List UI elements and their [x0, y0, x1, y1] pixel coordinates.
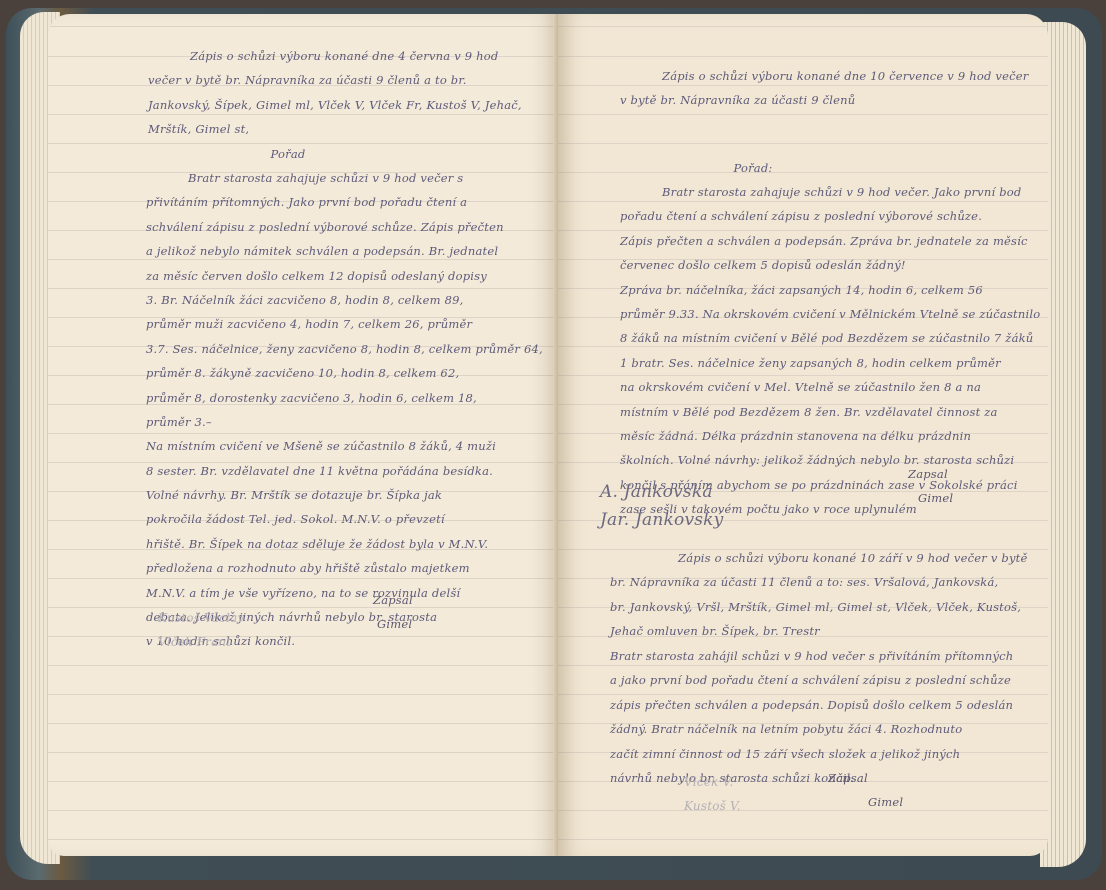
- right-page: Zápis o schůzi výboru konané dne 10 červ…: [558, 14, 1048, 856]
- text-line: Jehač omluven br. Šípek, br. Trestr: [610, 619, 1027, 643]
- wrote-label: Zapsal: [373, 588, 413, 612]
- text-line: Zápis o schůzi výboru konané dne 4 červn…: [148, 44, 522, 68]
- text-line: hřiště. Br. Šípek na dotaz sděluje že žá…: [146, 532, 543, 556]
- verifier-signature: Kustoš Václav: [158, 606, 244, 630]
- verifier-signature: Vlček Frant: [158, 630, 244, 654]
- text-line: návrhů nebylo br. starosta schůzi končil…: [610, 766, 1013, 790]
- text-line: M.N.V. a tím je vše vyřízeno, na to se r…: [146, 581, 543, 605]
- text-line: pořadu čtení a schválení zápisu z posled…: [620, 204, 1040, 228]
- text-line: a jelikož nebylo námitek schválen a pode…: [146, 239, 543, 263]
- text-line: měsíc žádná. Délka prázdnin stanovena na…: [620, 424, 1040, 448]
- text-line: zápis přečten schválen a podepsán. Dopis…: [610, 693, 1013, 717]
- right-entry-2-intro: Zápis o schůzi výboru konané 10 září v 9…: [610, 546, 1027, 644]
- text-line: schválení zápisu z poslední výborové sch…: [146, 215, 543, 239]
- text-line: br. Jankovský, Vršl, Mrštík, Gimel ml, G…: [610, 595, 1027, 619]
- text-line: Bratr starosta zahajuje schůzi v 9 hod v…: [620, 180, 1040, 204]
- text-line: předložena a rozhodnuto aby hřiště zůsta…: [146, 556, 543, 580]
- text-line: večer v bytě br. Nápravníka za účasti 9 …: [148, 68, 522, 92]
- text-line: br. Nápravníka za účasti 11 členů a to: …: [610, 570, 1027, 594]
- text-line: Mrštík, Gimel st,: [148, 117, 522, 141]
- text-line: Bratr starosta zahajuje schůzi v 9 hod v…: [146, 166, 543, 190]
- right-signature-block-2: Zapsal Gimel: [828, 766, 903, 815]
- text-line: Zpráva br. náčelníka, žáci zapsaných 14,…: [620, 278, 1040, 302]
- wrote-label: Zapsal: [828, 766, 903, 790]
- text-line: červenec došlo celkem 5 dopisů odeslán ž…: [620, 253, 1040, 277]
- text-line: 8 žáků na místním cvičení v Bělé pod Bez…: [620, 326, 1040, 350]
- verifier-signature: Kustoš V.: [684, 794, 741, 818]
- verifier-signature: Jar. Jankovský: [600, 506, 724, 534]
- text-line: průměr 8, dorostenky zacvičeno 3, hodin …: [146, 386, 543, 410]
- text-line: Volné návrhy. Br. Mrštík se dotazuje br.…: [146, 483, 543, 507]
- right-entry-1-body: Bratr starosta zahajuje schůzi v 9 hod v…: [620, 180, 1040, 521]
- text-line: průměr muži zacvičeno 4, hodin 7, celkem…: [146, 312, 543, 336]
- wrote-name: Gimel: [373, 612, 413, 636]
- right-verifier-signatures-2: Vlček V. Kustoš V.: [684, 770, 741, 819]
- text-line: začít zimní činnost od 15 září všech slo…: [610, 742, 1013, 766]
- wrote-name: Gimel: [908, 486, 953, 510]
- text-line: školních. Volné návrhy: jelikož žádných …: [620, 448, 1040, 472]
- verifier-signature: Vlček V.: [684, 770, 741, 794]
- verifier-signature: A. Jankovská: [600, 478, 724, 506]
- text-line: pokročila žádost Tel. jed. Sokol. M.N.V.…: [146, 507, 543, 531]
- text-line: za měsíc červen došlo celkem 12 dopisů o…: [146, 264, 543, 288]
- text-line: přivítáním přítomných. Jako první bod po…: [146, 190, 543, 214]
- text-line: žádný. Bratr náčelník na letním pobytu ž…: [610, 717, 1013, 741]
- text-line: 3.7. Ses. náčelnice, ženy zacvičeno 8, h…: [146, 337, 543, 361]
- text-line: Zápis o schůzi výboru konané dne 10 červ…: [620, 64, 1028, 88]
- text-line: 8 sester. Br. vzdělavatel dne 11 května …: [146, 459, 543, 483]
- right-entry-1-intro: Zápis o schůzi výboru konané dne 10 červ…: [620, 64, 1028, 113]
- left-entry-body: Bratr starosta zahajuje schůzi v 9 hod v…: [146, 166, 543, 654]
- wrote-name: Gimel: [828, 790, 903, 814]
- right-verifier-signatures-1: A. Jankovská Jar. Jankovský: [600, 478, 724, 534]
- text-line: místním v Bělé pod Bezdězem 8 žen. Br. v…: [620, 400, 1040, 424]
- text-line: 1 bratr. Ses. náčelnice ženy zapsaných 8…: [620, 351, 1040, 375]
- text-line: v bytě br. Nápravníka za účasti 9 členů: [620, 88, 1028, 112]
- wrote-label: Zapsal: [908, 462, 953, 486]
- text-line: Zápis přečten a schválen a podepsán. Zpr…: [620, 229, 1040, 253]
- text-line: průměr 8. žákyně zacvičeno 10, hodin 8, …: [146, 361, 543, 385]
- text-line: na okrskovém cvičení v Mel. Vtelně se zú…: [620, 375, 1040, 399]
- text-line: Bratr starosta zahájil schůzi v 9 hod ve…: [610, 644, 1013, 668]
- text-line: Zápis o schůzi výboru konané 10 září v 9…: [610, 546, 1027, 570]
- left-entry-intro: Zápis o schůzi výboru konané dne 4 červn…: [148, 44, 522, 142]
- text-line: a jako první bod pořadu čtení a schválen…: [610, 668, 1013, 692]
- text-line: Jankovský, Šípek, Gimel ml, Vlček V, Vlč…: [148, 93, 522, 117]
- right-entry-2-body: Bratr starosta zahájil schůzi v 9 hod ve…: [610, 644, 1013, 790]
- text-line: průměr 3.–: [146, 410, 543, 434]
- right-signature-block-1: Zapsal Gimel: [908, 462, 953, 511]
- text-line: Na místním cvičení ve Mšeně se zúčastnil…: [146, 434, 543, 458]
- left-verifier-signatures: Kustoš Václav Vlček Frant: [158, 606, 244, 655]
- left-signature-block: Zapsal Gimel: [373, 588, 413, 637]
- left-heading: Pořad: [248, 142, 328, 166]
- left-page: Zápis o schůzi výboru konané dne 4 červn…: [48, 14, 558, 856]
- text-line: průměr 9.33. Na okrskovém cvičení v Měln…: [620, 302, 1040, 326]
- right-heading: Pořad:: [708, 156, 798, 180]
- text-line: 3. Br. Náčelník žáci zacvičeno 8, hodin …: [146, 288, 543, 312]
